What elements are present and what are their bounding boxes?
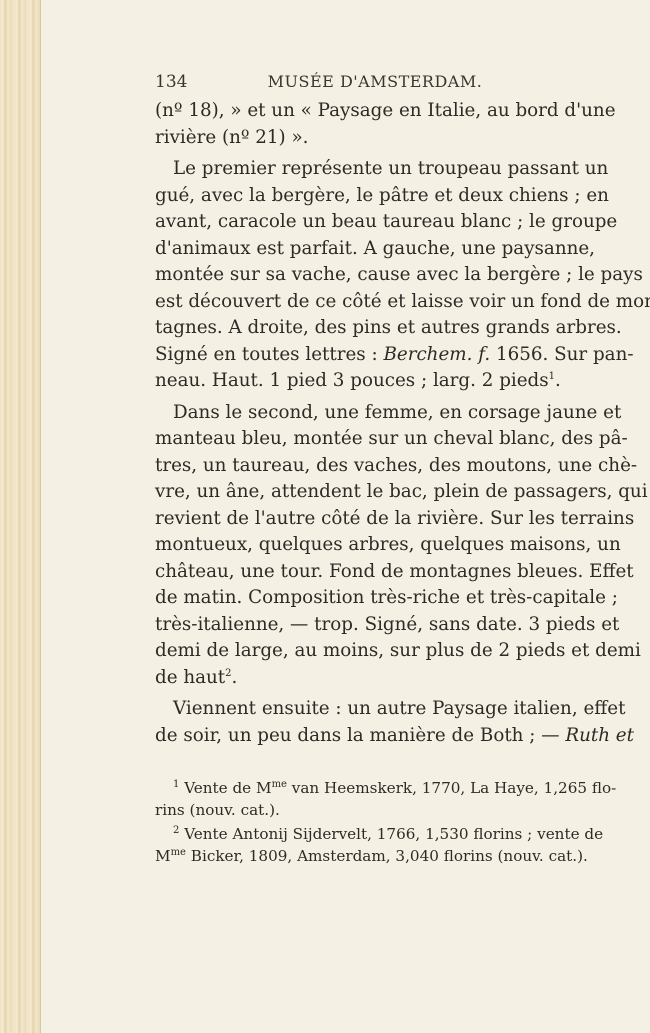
paragraph-second-painting: Dans le second, une femme, en corsage ja… (155, 400, 595, 692)
text-line: Le premier représente un troupeau passan… (155, 156, 595, 183)
text-line: neau. Haut. 1 pied 3 pouces ; larg. 2 pi… (155, 368, 595, 395)
text-line: de soir, un peu dans la manière de Both … (155, 723, 595, 750)
text-line: demi de large, au moins, sur plus de 2 p… (155, 638, 595, 665)
text-line: rins (nouv. cat.). (155, 800, 595, 822)
text-line: Signé en toutes lettres : Berchem. f. 16… (155, 342, 595, 369)
text-segment: M (155, 847, 171, 865)
footnote-marker: 2 (173, 825, 179, 836)
text-line: Mme Bicker, 1809, Amsterdam, 3,040 flori… (155, 846, 595, 868)
text-line: vre, un âne, attendent le bac, plein de … (155, 479, 595, 506)
footnotes: 1 Vente de Mme van Heemskerk, 1770, La H… (155, 778, 595, 867)
text-line: Viennent ensuite : un autre Paysage ital… (155, 696, 595, 723)
text-segment: van Heemskerk, 1770, La Haye, 1,265 flo- (287, 779, 616, 797)
signature-italic: Berchem. f. (383, 344, 490, 365)
text-line: d'animaux est parfait. A gauche, une pay… (155, 236, 595, 263)
text-line: tres, un taureau, des vaches, des mouton… (155, 453, 595, 480)
page-edge-stack (0, 0, 41, 1033)
text-segment: neau. Haut. 1 pied 3 pouces ; larg. 2 pi… (155, 370, 549, 391)
text-line: de haut2. (155, 665, 595, 692)
text-segment: Vente Antonij Sijdervelt, 1766, 1,530 fl… (184, 825, 603, 843)
text-line: avant, caracole un beau taureau blanc ; … (155, 209, 595, 236)
superscript: me (171, 846, 186, 857)
text-line: (nº 18), » et un « Paysage en Italie, au… (155, 98, 595, 125)
text-segment: Signé en toutes lettres : (155, 344, 383, 365)
text-line: montée sur sa vache, cause avec la bergè… (155, 262, 595, 289)
text-segment: de haut (155, 667, 225, 688)
text-line: montueux, quelques arbres, quelques mais… (155, 532, 595, 559)
text-line: revient de l'autre côté de la rivière. S… (155, 506, 595, 533)
text-line: 1 Vente de Mme van Heemskerk, 1770, La H… (155, 778, 595, 800)
text-segment: Vente de M (184, 779, 271, 797)
title-italic: Ruth et (565, 725, 634, 746)
paragraph-next-works: Viennent ensuite : un autre Paysage ital… (155, 696, 595, 749)
text-segment: . (232, 667, 238, 688)
text-segment: . (555, 370, 561, 391)
text-line: est découvert de ce côté et laisse voir … (155, 289, 595, 316)
text-segment: Bicker, 1809, Amsterdam, 3,040 florins (… (186, 847, 588, 865)
text-line: rivière (nº 21) ». (155, 125, 595, 152)
text-line: tagnes. A droite, des pins et autres gra… (155, 315, 595, 342)
footnote-2: 2 Vente Antonij Sijdervelt, 1766, 1,530 … (155, 824, 595, 867)
footnote-marker: 1 (173, 779, 179, 790)
superscript: me (272, 779, 287, 790)
text-line: manteau bleu, montée sur un cheval blanc… (155, 426, 595, 453)
text-line: de matin. Composition très-riche et très… (155, 585, 595, 612)
text-line: très-italienne, — trop. Signé, sans date… (155, 612, 595, 639)
footnote-1: 1 Vente de Mme van Heemskerk, 1770, La H… (155, 778, 595, 821)
body-text: (nº 18), » et un « Paysage en Italie, au… (155, 98, 595, 749)
running-head: MUSÉE D'AMSTERDAM. (155, 72, 595, 91)
text-line: château, une tour. Fond de montagnes ble… (155, 559, 595, 586)
page-header: 134 MUSÉE D'AMSTERDAM. (155, 72, 595, 96)
paragraph-continuation: (nº 18), » et un « Paysage en Italie, au… (155, 98, 595, 151)
text-segment: de soir, un peu dans la manière de Both … (155, 725, 565, 746)
text-line: 2 Vente Antonij Sijdervelt, 1766, 1,530 … (155, 824, 595, 846)
paragraph-first-painting: Le premier représente un troupeau passan… (155, 156, 595, 395)
text-segment: 1656. Sur pan- (490, 344, 633, 365)
text-line: Dans le second, une femme, en corsage ja… (155, 400, 595, 427)
text-line: gué, avec la bergère, le pâtre et deux c… (155, 183, 595, 210)
